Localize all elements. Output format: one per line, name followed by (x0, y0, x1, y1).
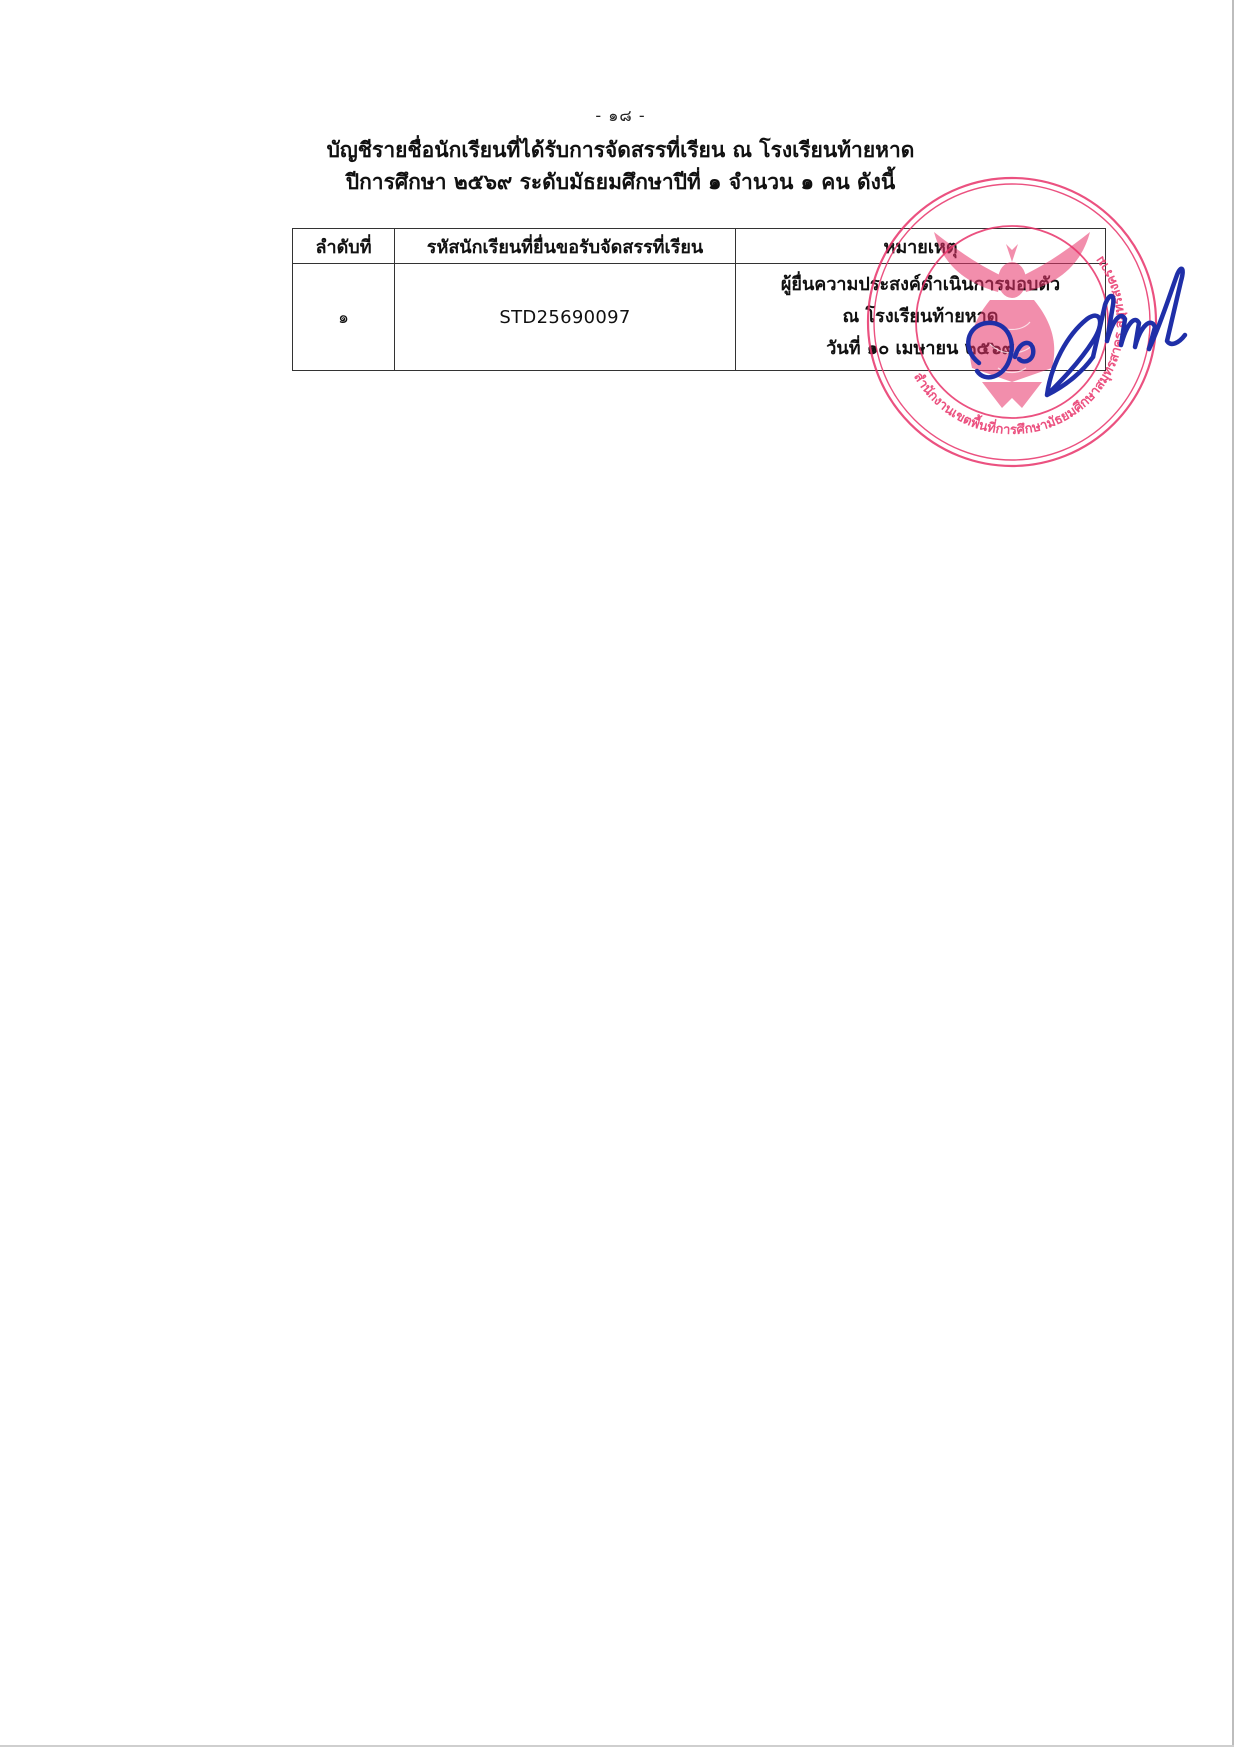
document-title-line-1: บัญชีรายชื่อนักเรียนที่ได้รับการจัดสรรที… (0, 134, 1241, 167)
note-line-3: วันที่ ๑๐ เมษายน ๒๕๖๙ (740, 333, 1101, 365)
header-order: ลำดับที่ (293, 229, 395, 264)
page-edge-right (1232, 0, 1234, 1747)
document-title-line-2: ปีการศึกษา ๒๕๖๙ ระดับมัธยมศึกษาปีที่ ๑ จ… (0, 166, 1241, 199)
cell-order: ๑ (293, 264, 395, 371)
page-number: - ๑๘ - (0, 104, 1241, 129)
cell-note: ผู้ยื่นความประสงค์ดำเนินการมอบตัว ณ โรงเ… (736, 264, 1106, 371)
cell-student-code: STD25690097 (395, 264, 736, 371)
table-header-row: ลำดับที่ รหัสนักเรียนที่ยื่นขอรับจัดสรรท… (293, 229, 1106, 264)
note-line-1: ผู้ยื่นความประสงค์ดำเนินการมอบตัว (740, 269, 1101, 301)
note-line-2: ณ โรงเรียนท้ายหาด (740, 301, 1101, 333)
page-edge-bottom (0, 1745, 1234, 1747)
header-note: หมายเหตุ (736, 229, 1106, 264)
table-row: ๑ STD25690097 ผู้ยื่นความประสงค์ดำเนินกา… (293, 264, 1106, 371)
allocation-table: ลำดับที่ รหัสนักเรียนที่ยื่นขอรับจัดสรรท… (292, 228, 1106, 371)
header-student-code: รหัสนักเรียนที่ยื่นขอรับจัดสรรที่เรียน (395, 229, 736, 264)
